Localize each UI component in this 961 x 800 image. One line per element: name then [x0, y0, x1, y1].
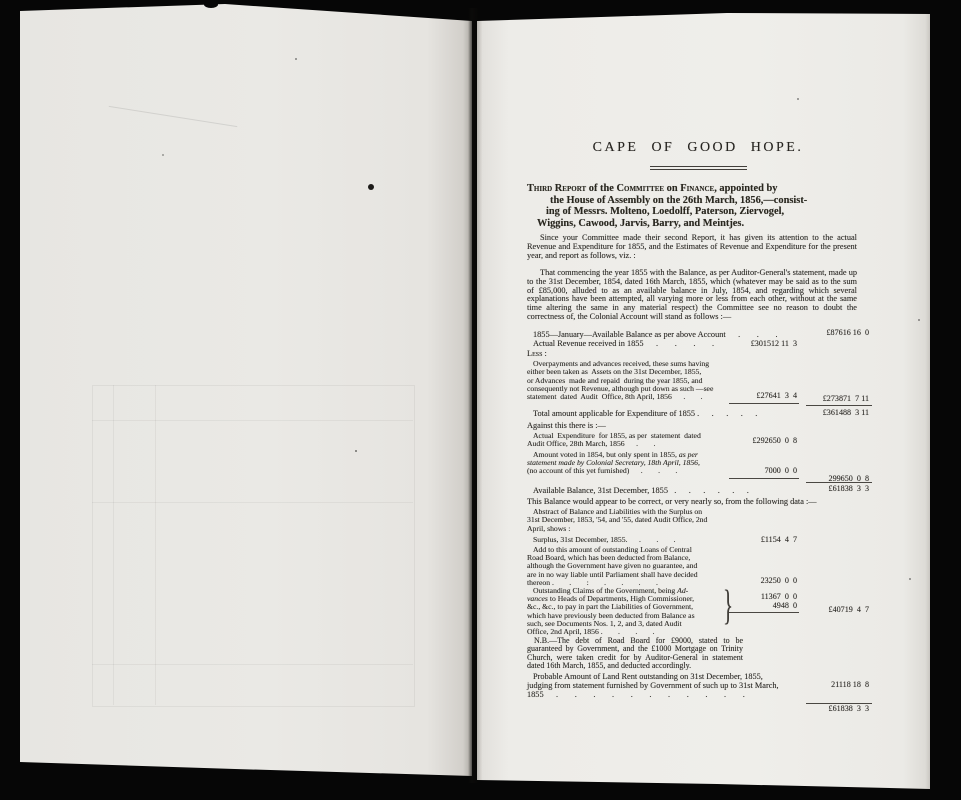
ledger-desc: Available Balance, 31st December, 1855 .…: [527, 486, 809, 495]
ledger-row-surplus: Surplus, 31st December, 1855. . . . £115…: [527, 536, 869, 544]
photo-background: { "colors": { "background": "#060606", "…: [0, 0, 961, 800]
heading-line: ing of Messrs. Molteno, Loedolff, Paters…: [527, 206, 869, 218]
ledger-amount: 23250 0 0: [727, 577, 797, 586]
ledger-desc-line: Probable Amount of Land Rent outstanding…: [527, 672, 853, 681]
ledger-row-land-rent: Probable Amount of Land Rent outstanding…: [527, 672, 869, 699]
ledger-row-actual-expenditure: Actual Expenditure for 1855, as per stat…: [527, 432, 869, 448]
sum-rule: [806, 482, 872, 483]
ledger-desc-line: (no account of this yet furnished) . . .: [527, 467, 757, 475]
ledger-desc-line: judging from statement furnished by Gove…: [527, 681, 847, 690]
report-heading: Third Report of the Committee on Finance…: [527, 183, 869, 229]
ledger-amount: £27641 3 4: [727, 392, 797, 401]
ledger-amount: 21118 18 8: [804, 681, 869, 690]
ledger-total: £61838 3 3: [804, 485, 869, 494]
against-label: Against this there is :—: [527, 421, 803, 430]
bleed-through-line: [92, 420, 413, 421]
ledger-row-nb-note: N.B.—The debt of Road Board for £9000, s…: [527, 637, 869, 670]
ledger-desc: Total amount applicable for Expenditure …: [527, 409, 809, 418]
ledger-row-overpayments: Overpayments and advances received, thes…: [527, 360, 869, 401]
sum-rule: [729, 478, 799, 479]
page-title: CAPE OF GOOD HOPE.: [527, 140, 869, 155]
page-content: CAPE OF GOOD HOPE. Third Report of the C…: [527, 140, 869, 715]
edge-notch: [588, 10, 599, 16]
edge-notch: [204, 1, 218, 8]
ink-speck: [368, 184, 374, 190]
ledger-row-total-expenditure: Total amount applicable for Expenditure …: [527, 409, 869, 418]
sum-rule: [729, 612, 799, 613]
ink-speck: [918, 319, 920, 321]
ledger-row-revenue: Actual Revenue received in 1855 . . . . …: [527, 339, 869, 348]
ledger-total: £87616 16 0: [804, 329, 869, 338]
title-double-rule: [650, 166, 747, 170]
bleed-through-table: [92, 385, 415, 707]
ledger-total: £40719 4 7: [804, 606, 869, 615]
right-page: CAPE OF GOOD HOPE. Third Report of the C…: [477, 10, 930, 790]
heading-text: , appointed by: [714, 183, 777, 194]
heading-line: Third Report of the Committee on Finance…: [527, 183, 869, 195]
ledger-amount: £301512 11 3: [727, 340, 797, 349]
ledger-desc-line: April, shows :: [527, 525, 757, 533]
ledger-row-available-balance: Available Balance, 31st December, 1855 .…: [527, 486, 869, 495]
ink-speck: [909, 578, 911, 580]
ledger-desc-line: Office, 2nd April, 1856 . . . .: [527, 628, 757, 636]
ink-speck: [162, 154, 164, 156]
heading-text: of the: [586, 183, 616, 194]
heading-text: Finance: [680, 183, 714, 194]
ledger-amount: 4948 0: [727, 602, 797, 611]
heading-text: Committee: [617, 183, 665, 194]
ledger-row-data-note: This Balance would appear to be correct,…: [527, 497, 869, 506]
ledger-row-grand-total: £61838 3 3: [527, 703, 869, 715]
heading-line: Wiggins, Cawood, Jarvis, Barry, and Mein…: [527, 218, 869, 230]
ledger-row-less: Less :: [527, 350, 869, 358]
bleed-through-line: [155, 385, 156, 705]
ledger-total: £273871 7 11: [804, 395, 869, 404]
ledger-desc-line: 1855 . . . . . . . . . . .: [527, 690, 847, 699]
data-note: This Balance would appear to be correct,…: [527, 497, 869, 506]
ledger-desc-line: Audit Office, 28th March, 1856 . .: [527, 440, 757, 448]
ink-speck: [797, 98, 799, 100]
account-intro-paragraph: That commencing the year 1855 with the B…: [527, 269, 857, 322]
sum-rule: [729, 403, 799, 404]
heading-text: on: [664, 183, 680, 194]
heading-text: Third Report: [527, 183, 586, 194]
ledger-desc: 1855—January—Available Balance as per ab…: [527, 330, 809, 339]
ledger-amount: 7000 0 0: [727, 467, 797, 476]
ledger-row-outstanding-claims: Outstanding Claims of the Government, be…: [527, 587, 869, 636]
ledger-amount: £292650 0 8: [727, 437, 797, 446]
left-page: [20, 4, 472, 776]
ledger-row-balance-1855: 1855—January—Available Balance as per ab…: [527, 330, 869, 339]
ink-speck: [355, 450, 357, 452]
ledger-total: £361488 3 11: [804, 409, 869, 418]
ledger-row-abstract: Abstract of Balance and Liabilities with…: [527, 508, 869, 533]
ledger-total: £61838 3 3: [804, 705, 869, 714]
less-label: Less :: [527, 350, 869, 358]
sum-rule: [806, 405, 872, 406]
heading-line: the House of Assembly on the 26th March,…: [527, 195, 869, 207]
nb-note: N.B.—The debt of Road Board for £9000, s…: [527, 637, 743, 670]
ledger-row-road-loans: Add to this amount of outstanding Loans …: [527, 546, 869, 587]
ledger-desc-line: statement dated Audit Office, 8th April,…: [527, 393, 757, 401]
account-ledger: 1855—January—Available Balance as per ab…: [527, 330, 869, 715]
opening-paragraph: Since your Committee made their second R…: [527, 234, 857, 260]
bleed-through-line: [113, 385, 114, 705]
ink-speck: [295, 58, 297, 60]
bleed-through-line: [92, 502, 413, 503]
bleed-through-line: [92, 664, 413, 665]
ledger-row-voted-1854: Amount voted in 1854, but only spent in …: [527, 451, 869, 476]
paper-crease: [109, 106, 238, 127]
ledger-row-against: Against this there is :—: [527, 421, 869, 430]
ledger-amount: £1154 4 7: [727, 536, 797, 545]
